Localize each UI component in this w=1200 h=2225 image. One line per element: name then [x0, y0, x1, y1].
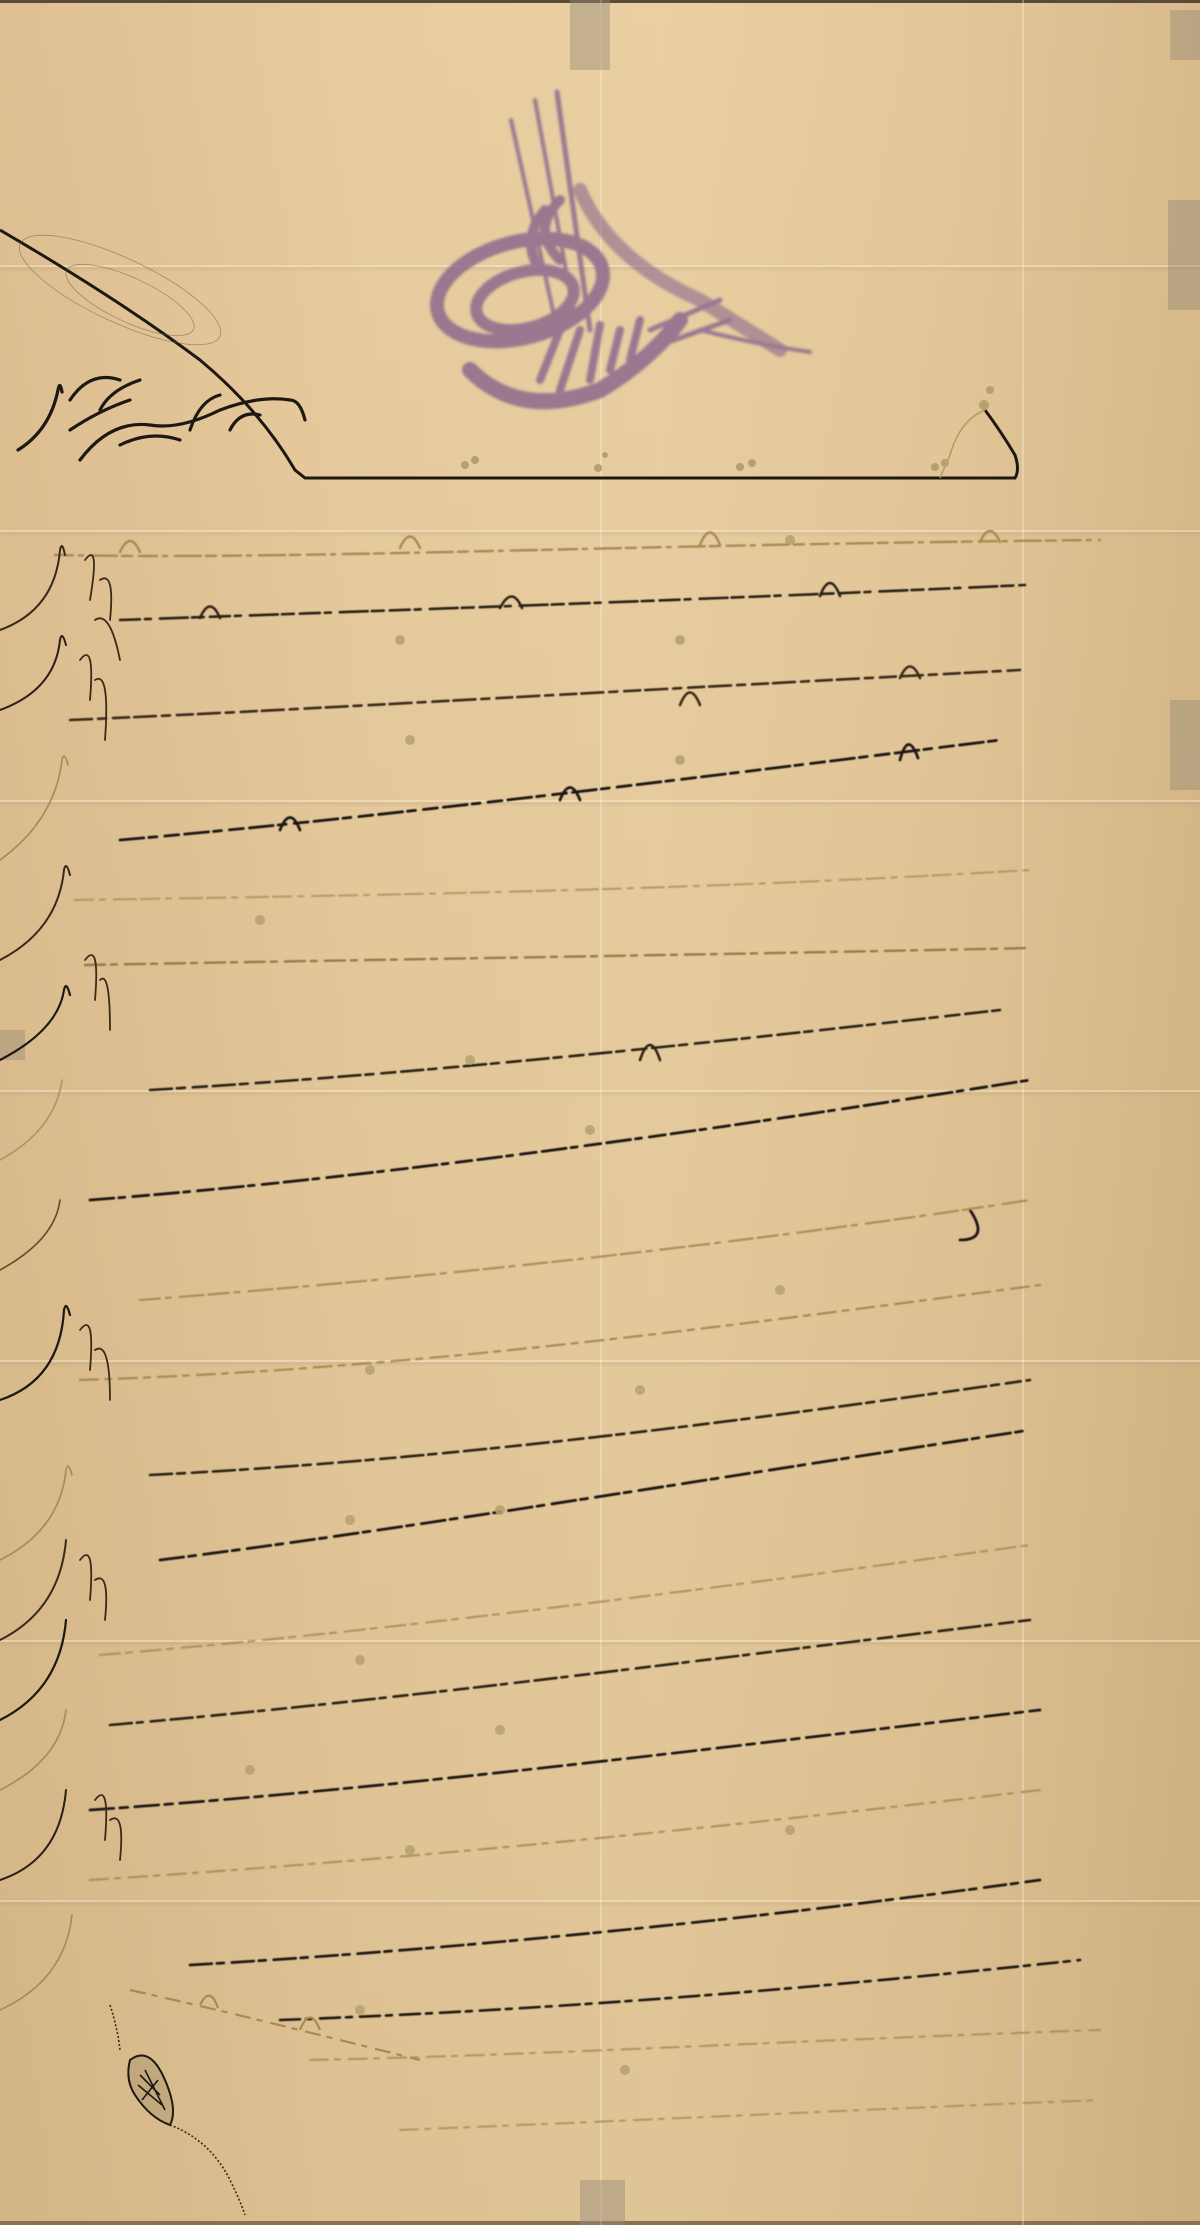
- body-line: [85, 948, 1030, 965]
- gold-punctuation-dots: [245, 535, 795, 2075]
- body-line: [150, 1380, 1030, 1475]
- body-line: [90, 1710, 1040, 1810]
- body-line: [310, 2030, 1100, 2060]
- body-line: [70, 667, 1020, 721]
- body-line: [80, 1285, 1040, 1380]
- body-line: [90, 1080, 1030, 1240]
- body-line: [150, 1010, 1000, 1090]
- manuscript-sheet: Ottoman imperial decree (berat / ferman)…: [0, 0, 1200, 2225]
- body-text: [55, 531, 1100, 2130]
- body-line: [400, 2100, 1100, 2130]
- body-line: [160, 1430, 1030, 1560]
- body-line: [110, 1620, 1030, 1725]
- left-margin-flourishes: [0, 546, 121, 2010]
- body-line: [140, 1200, 1030, 1300]
- body-line: [280, 1960, 1080, 2020]
- body-line: [75, 870, 1030, 900]
- body-line: [120, 740, 1000, 840]
- date-line: [130, 1990, 420, 2060]
- body-line: [120, 583, 1025, 620]
- header-gold-dots: [461, 452, 949, 472]
- tughra-icon: [425, 92, 810, 401]
- body-line: [190, 1880, 1040, 1965]
- manuscript-artwork: [0, 0, 1200, 2225]
- body-line: [100, 1545, 1030, 1655]
- body-line: [90, 1790, 1040, 1880]
- body-line: [55, 531, 1100, 556]
- seal-icon: [110, 2005, 245, 2215]
